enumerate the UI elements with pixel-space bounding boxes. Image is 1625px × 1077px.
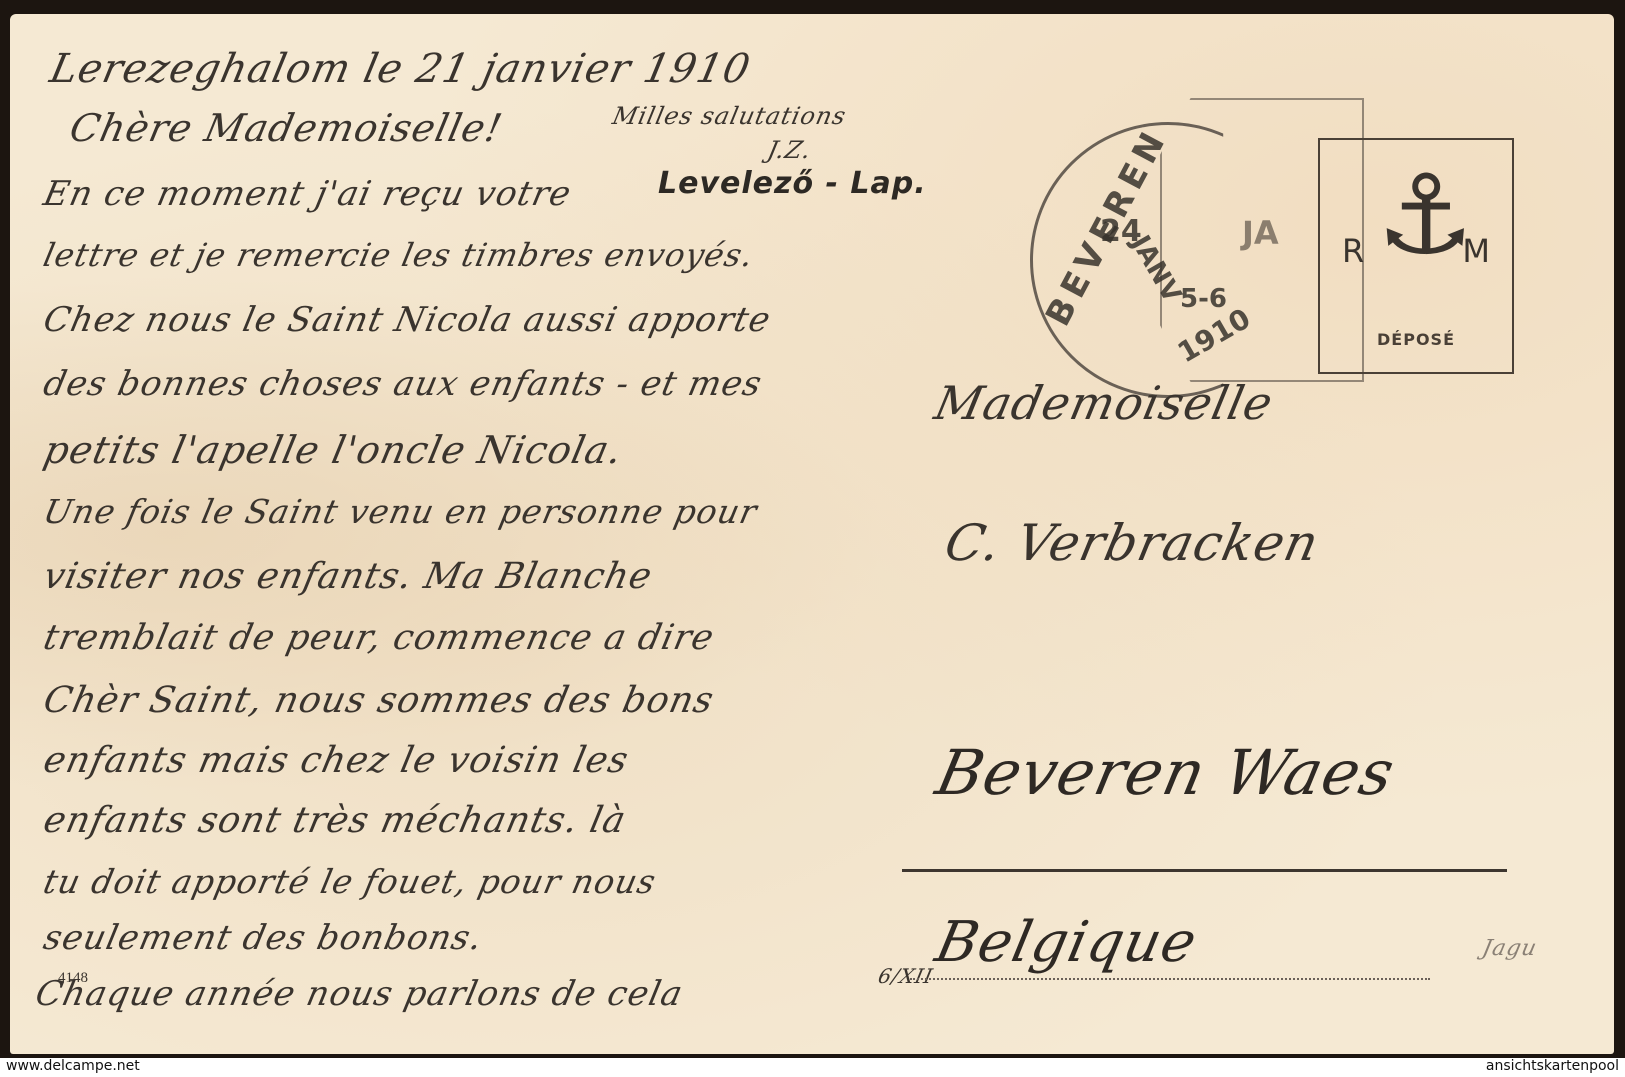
- message-line: visiter nos enfants. Ma Blanche: [40, 556, 656, 597]
- printed-title: Levelező - Lap.: [658, 166, 927, 201]
- dateline: Lerezeghalom le 21 janvier 1910: [46, 46, 755, 92]
- address-city: Beveren Waes: [930, 736, 1401, 809]
- postmark-time: 5-6: [1180, 284, 1227, 314]
- message-line: enfants sont très méchants. là: [40, 800, 630, 841]
- address-dotted-line: [910, 978, 1430, 980]
- stamp-letter-m: M: [1462, 232, 1490, 270]
- address-rule: [902, 869, 1507, 872]
- message-line: Une fois le Saint venu en personne pour: [40, 492, 761, 531]
- message-line: Chèr Saint, nous sommes des bons: [40, 680, 718, 721]
- message-line: tremblait de peur, commence a dire: [40, 618, 718, 658]
- stamp-letter-r: R: [1342, 232, 1364, 270]
- anchor-icon: ⚓: [1376, 160, 1475, 270]
- message-line: des bonnes choses aux enfants - et mes: [40, 364, 766, 404]
- address-name: C. Verbracken: [940, 514, 1324, 572]
- watermark-ansichtskartenpool: ansichtskartenpool: [1486, 1058, 1619, 1074]
- message-line: tu doit apporté le fouet, pour nous: [40, 862, 660, 901]
- stamp-box: R ⚓ M DÉPOSÉ: [1318, 138, 1514, 374]
- message-line: Chaque année nous parlons de cela: [32, 974, 687, 1014]
- side-initials: J.Z.: [765, 136, 814, 164]
- message-line: enfants mais chez le voisin les: [40, 740, 632, 781]
- pencil-note: Jagu: [1480, 936, 1540, 961]
- stamp-caption: DÉPOSÉ: [1320, 330, 1512, 349]
- message-line: seulement des bonbons.: [40, 918, 486, 958]
- postmark-secondary: JA: [1242, 214, 1279, 252]
- side-note: Milles salutations: [610, 102, 849, 130]
- address-country: Belgique: [930, 910, 1203, 975]
- message-line: En ce moment j'ai reçu votre: [40, 174, 575, 214]
- message-line: petits l'apelle l'oncle Nicola.: [40, 428, 627, 472]
- greeting: Chère Mademoiselle!: [66, 106, 507, 150]
- watermark-delcampe: www.delcampe.net: [6, 1058, 140, 1074]
- address-salutation: Mademoiselle: [930, 376, 1278, 430]
- message-line: lettre et je remercie les timbres envoyé…: [40, 236, 757, 274]
- postcard: Lerezeghalom le 21 janvier 1910 Chère Ma…: [10, 14, 1614, 1054]
- margin-note: 6/XII: [876, 964, 936, 988]
- message-line: Chez nous le Saint Nicola aussi apporte: [40, 300, 775, 340]
